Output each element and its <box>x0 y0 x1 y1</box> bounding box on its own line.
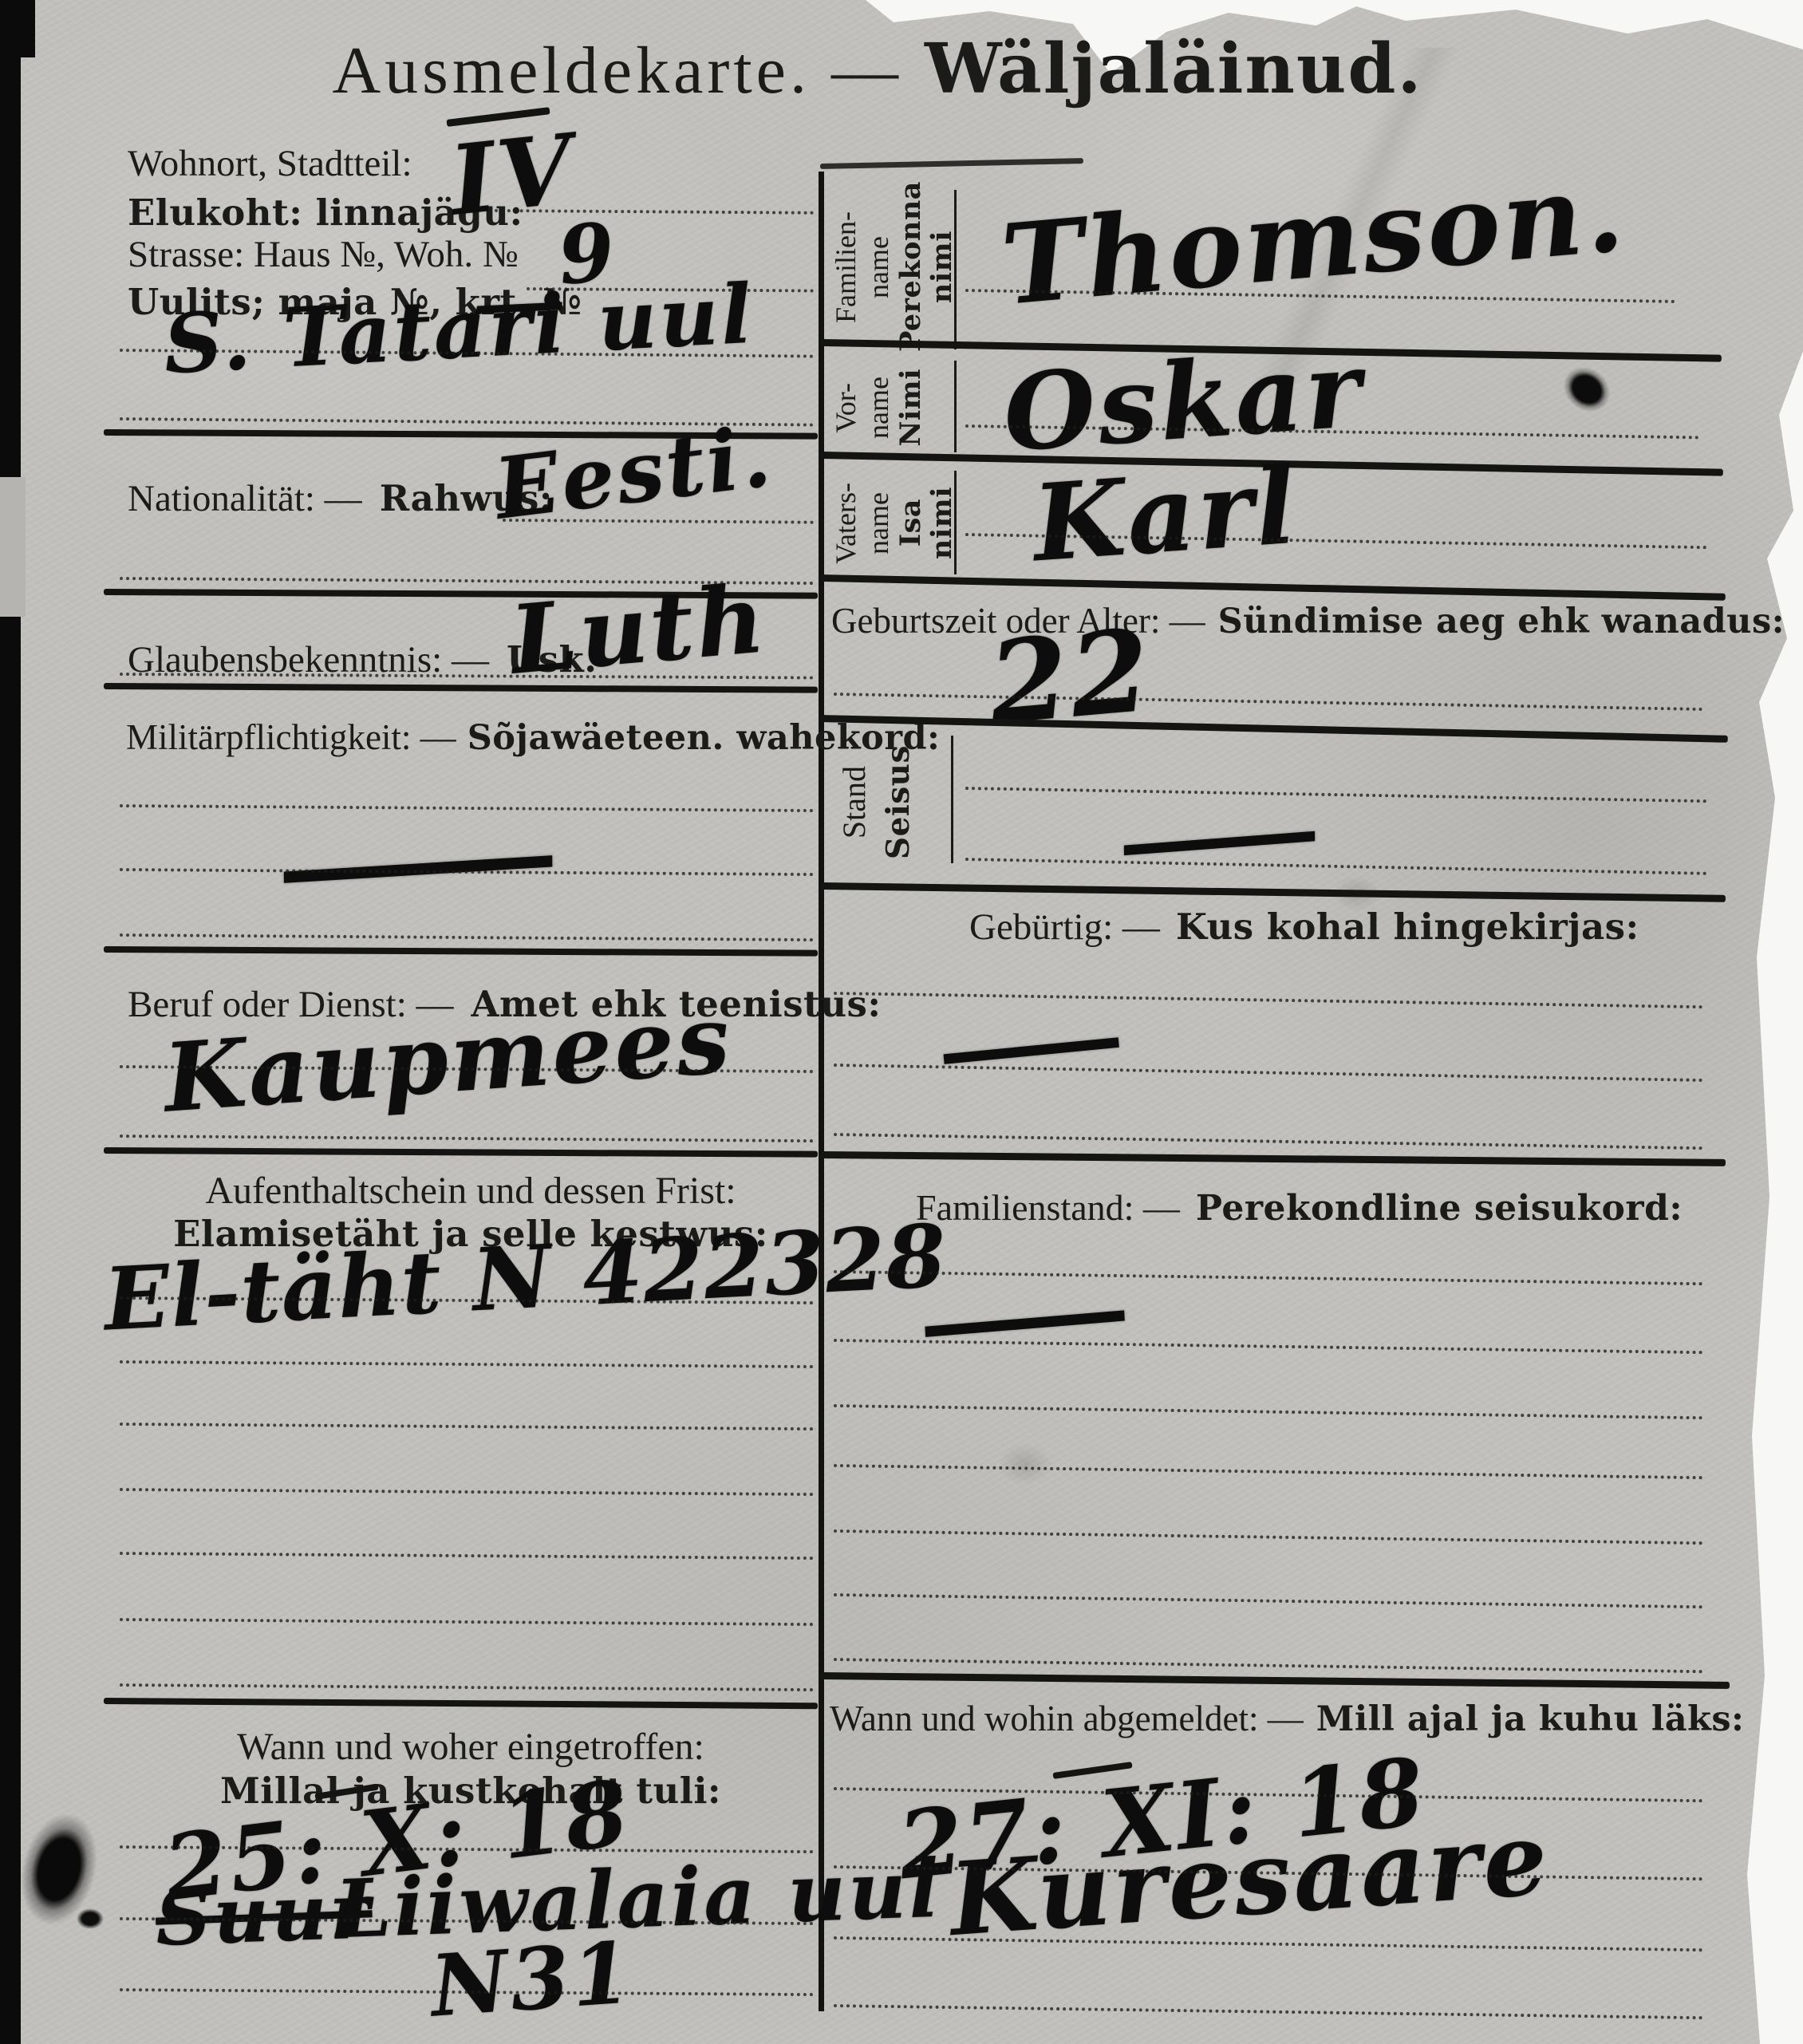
field-label-vorname-et-1: Nimi <box>897 369 926 447</box>
field-label-vorname-de-2: name <box>864 377 894 439</box>
field-label-vatersname-et-1: Isa <box>897 499 926 547</box>
paper-smudge <box>989 1436 1061 1492</box>
field-label-familienstand: Familienstand: — Perekondline seisukord: <box>916 1186 1683 1229</box>
field-label-nationalitaet: Nationalität: — Rahwus: <box>128 477 553 520</box>
scan-edge-strip <box>0 0 21 2044</box>
field-label-militaer-de: Militärpflichtigkeit: — <box>126 716 456 758</box>
field-label-vatersname-et-2: nimi <box>928 487 957 559</box>
field-label-strasse-de: Strasse: Haus №, Woh. № <box>128 233 519 276</box>
field-label-eingetroffen-de: Wann und woher eingetroffen: <box>120 1725 822 1769</box>
ink-blot-small <box>77 1908 104 1929</box>
field-label-gebuertig: Gebürtig: — Kus kohal hingekirjas: <box>969 906 1639 949</box>
handwritten-family-status-dash: — <box>909 1308 1138 1326</box>
handwritten-first-name: Oskar <box>1000 337 1367 467</box>
field-label-gebuertig-de: Gebürtig: — <box>969 906 1160 949</box>
handwritten-arrival-house: N31 <box>428 1930 636 2028</box>
field-label-vorname: Vor- name Nimi <box>831 361 925 455</box>
field-label-familienname-et-1: Perekonna <box>897 181 926 352</box>
field-label-familienstand-et: Perekondline seisukord: <box>1196 1188 1683 1229</box>
field-label-gebuertig-et: Kus kohal hingekirjas: <box>1176 906 1639 948</box>
field-label-wohnort-de: Wohnort, Stadtteil: <box>128 142 412 185</box>
field-label-vatersname-de-1: Vaters- <box>831 483 862 564</box>
field-label-abgemeldet: Wann und wohin abgemeldet: — Mill ajal j… <box>830 1698 1744 1739</box>
field-label-vorname-de-1: Vor- <box>831 383 862 433</box>
field-label-vatersname-de-2: name <box>864 492 894 554</box>
field-label-aufenthalt-de: Aufenthaltschein und dessen Frist: <box>120 1169 822 1213</box>
field-label-vatersname: Vaters- name Isa nimi <box>831 469 957 577</box>
card-title-german: Ausmeldekarte. — <box>332 32 901 109</box>
field-label-familienname-et-2: nimi <box>928 231 957 303</box>
handwritten-status-dash: — <box>1109 827 1329 844</box>
field-label-geburt: Geburtszeit oder Alter: — Sündimise aeg … <box>831 600 1785 641</box>
field-label-abgemeldet-de: Wann und wohin abgemeldet: — <box>830 1698 1304 1739</box>
field-label-stand-de: Stand <box>838 766 871 839</box>
card-title: Ausmeldekarte. — Wäljaläinud. <box>191 29 1564 109</box>
card-title-estonian: Wäljaläinud. <box>925 29 1423 109</box>
field-label-familienname-de-1: Familien- <box>831 211 862 323</box>
label-separator <box>954 190 957 349</box>
field-label-militaer: Militärpflichtigkeit: — Sõjawäeteen. wah… <box>126 716 940 758</box>
paper-edge-notch <box>0 477 26 617</box>
field-label-abgemeldet-et: Mill ajal ja kuhu läks: <box>1316 1699 1745 1739</box>
handwritten-father-name: Karl <box>1030 454 1301 578</box>
handwritten-military-dash: — <box>263 853 571 871</box>
handwritten-origin-dash: — <box>929 1034 1131 1053</box>
field-label-stand: Stand Seisus <box>838 736 915 870</box>
label-separator <box>954 471 957 574</box>
field-label-familienname: Familien- name Perekonna nimi <box>831 185 957 349</box>
label-separator <box>951 736 953 863</box>
field-label-nationalitaet-de: Nationalität: — <box>128 477 362 520</box>
label-separator <box>954 361 957 452</box>
scan-edge-corner <box>0 0 35 57</box>
scanned-registration-card: Ausmeldekarte. — Wäljaläinud. Wohnort, S… <box>0 0 1803 2044</box>
field-label-familienname-de-2: name <box>864 236 894 298</box>
field-label-stand-et: Seisus <box>882 745 915 859</box>
field-label-geburt-et: Sündimise aeg ehk wanadus: <box>1218 602 1785 641</box>
field-label-familienstand-de: Familienstand: — <box>916 1186 1180 1229</box>
handwritten-religion: Luth <box>507 571 770 688</box>
handwritten-arrival-street: Liiwalaia uul <box>333 1849 942 1949</box>
